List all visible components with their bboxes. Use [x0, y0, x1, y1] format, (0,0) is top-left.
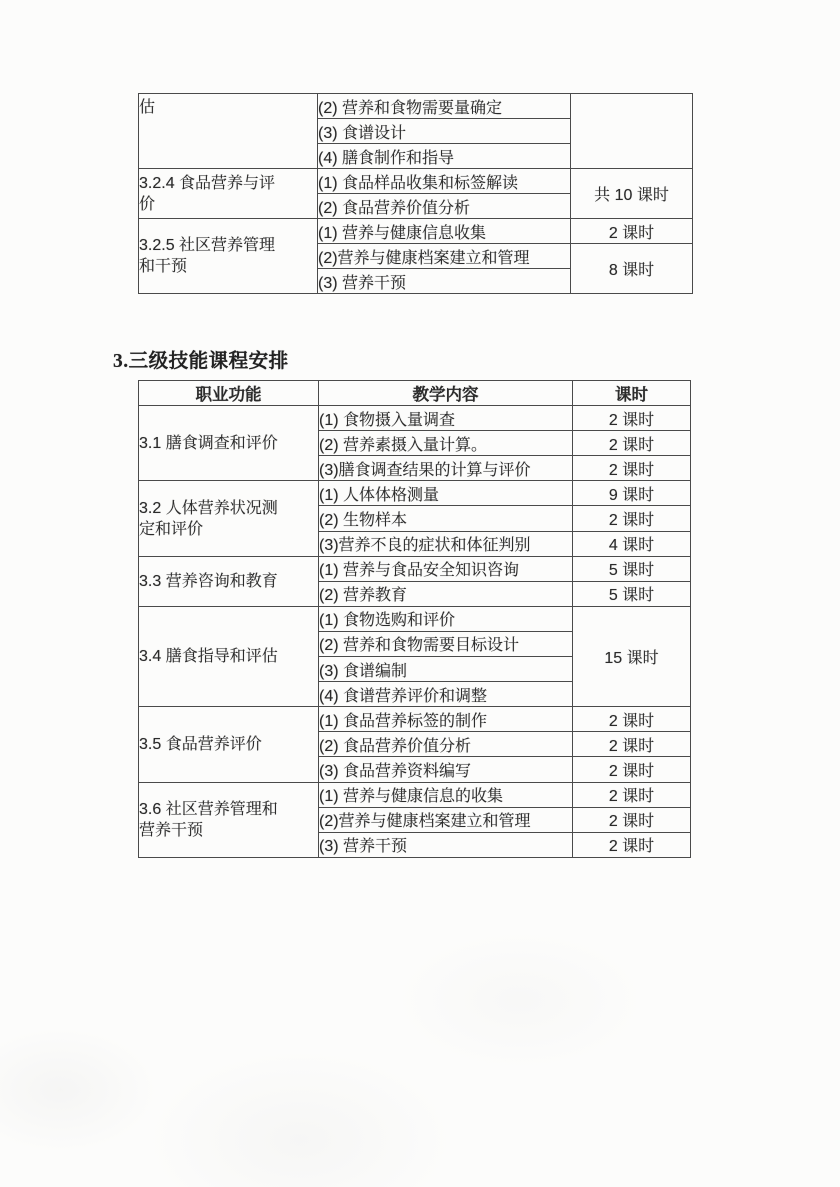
table-row: 3.2.5 社区营养管理 和干预 (1) 营养与健康信息收集 2 课时	[139, 219, 693, 244]
hours-cell: 2 课时	[573, 782, 691, 807]
hours-cell: 2 课时	[573, 406, 691, 431]
hours-cell: 15 课时	[573, 606, 691, 706]
content-cell: (2)营养与健康档案建立和管理	[318, 244, 571, 269]
level2-course-table-continued: 估 (2) 营养和食物需要量确定 (3) 食谱设计 (4) 膳食制作和指导 3.…	[138, 93, 693, 294]
content-cell: (1) 人体体格测量	[319, 481, 573, 506]
section-title: 3.三级技能课程安排	[113, 345, 289, 373]
content-cell: (1) 食物摄入量调查	[319, 406, 573, 431]
function-cell: 3.1 膳食调查和评价	[139, 406, 319, 481]
hours-cell: 9 课时	[573, 481, 691, 506]
header-cell-hours: 课时	[573, 381, 691, 406]
table-row: 3.3 营养咨询和教育 (1) 营养与食品安全知识咨询 5 课时	[139, 556, 691, 581]
content-cell: (2) 营养素摄入量计算。	[319, 431, 573, 456]
function-cell: 3.3 营养咨询和教育	[139, 556, 319, 606]
function-cell: 3.2 人体营养状况测 定和评价	[139, 481, 319, 556]
level3-course-table: 职业功能 教学内容 课时 3.1 膳食调查和评价 (1) 食物摄入量调查 2 课…	[138, 380, 691, 858]
hours-cell: 5 课时	[573, 581, 691, 606]
content-cell: (3)膳食调查结果的计算与评价	[319, 456, 573, 481]
function-cell: 3.2.5 社区营养管理 和干预	[139, 219, 318, 294]
content-cell: (2) 生物样本	[319, 506, 573, 531]
hours-cell	[571, 94, 693, 169]
content-cell: (2) 食品营养价值分析	[318, 194, 571, 219]
hours-cell: 2 课时	[573, 431, 691, 456]
function-cell: 3.6 社区营养管理和 营养干预	[139, 782, 319, 857]
content-cell: (1) 营养与健康信息收集	[318, 219, 571, 244]
function-cell: 3.5 食品营养评价	[139, 707, 319, 782]
content-cell: (4) 食谱营养评价和调整	[319, 682, 573, 707]
content-cell: (1) 食品样品收集和标签解读	[318, 169, 571, 194]
content-cell: (3) 营养干预	[318, 269, 571, 294]
table-row: 估 (2) 营养和食物需要量确定	[139, 94, 693, 119]
content-cell: (3)营养不良的症状和体征判别	[319, 531, 573, 556]
function-cell: 3.2.4 食品营养与评 价	[139, 169, 318, 219]
hours-cell: 5 课时	[573, 556, 691, 581]
table-row: 3.6 社区营养管理和 营养干预 (1) 营养与健康信息的收集 2 课时	[139, 782, 691, 807]
header-cell-function: 职业功能	[139, 381, 319, 406]
function-cell: 估	[139, 94, 318, 169]
table-header-row: 职业功能 教学内容 课时	[139, 381, 691, 406]
header-cell-content: 教学内容	[319, 381, 573, 406]
hours-cell: 共 10 课时	[571, 169, 693, 219]
content-cell: (1) 营养与健康信息的收集	[319, 782, 573, 807]
table-row: 3.5 食品营养评价 (1) 食品营养标签的制作 2 课时	[139, 707, 691, 732]
table-row: 3.4 膳食指导和评估 (1) 食物选购和评价 15 课时	[139, 606, 691, 631]
content-cell: (3) 食谱设计	[318, 119, 571, 144]
content-cell: (1) 食物选购和评价	[319, 606, 573, 631]
content-cell: (2) 营养和食物需要量确定	[318, 94, 571, 119]
content-cell: (3) 食谱编制	[319, 657, 573, 682]
hours-cell: 2 课时	[573, 506, 691, 531]
hours-cell: 2 课时	[573, 732, 691, 757]
hours-cell: 2 课时	[573, 707, 691, 732]
content-cell: (2)营养与健康档案建立和管理	[319, 807, 573, 832]
content-cell: (2) 营养和食物需要目标设计	[319, 631, 573, 656]
hours-cell: 2 课时	[573, 832, 691, 857]
hours-cell: 2 课时	[573, 456, 691, 481]
hours-cell: 2 课时	[573, 757, 691, 782]
hours-cell: 4 课时	[573, 531, 691, 556]
content-cell: (1) 营养与食品安全知识咨询	[319, 556, 573, 581]
content-cell: (4) 膳食制作和指导	[318, 144, 571, 169]
hours-cell: 2 课时	[571, 219, 693, 244]
table-row: 3.1 膳食调查和评价 (1) 食物摄入量调查 2 课时	[139, 406, 691, 431]
function-cell: 3.4 膳食指导和评估	[139, 606, 319, 706]
table-row: 3.2.4 食品营养与评 价 (1) 食品样品收集和标签解读 共 10 课时	[139, 169, 693, 194]
table-row: 3.2 人体营养状况测 定和评价 (1) 人体体格测量 9 课时	[139, 481, 691, 506]
content-cell: (3) 营养干预	[319, 832, 573, 857]
content-cell: (1) 食品营养标签的制作	[319, 707, 573, 732]
content-cell: (2) 营养教育	[319, 581, 573, 606]
scanned-document-page: 估 (2) 营养和食物需要量确定 (3) 食谱设计 (4) 膳食制作和指导 3.…	[0, 0, 840, 1187]
content-cell: (3) 食品营养资料编写	[319, 757, 573, 782]
hours-cell: 8 课时	[571, 244, 693, 294]
hours-cell: 2 课时	[573, 807, 691, 832]
content-cell: (2) 食品营养价值分析	[319, 732, 573, 757]
